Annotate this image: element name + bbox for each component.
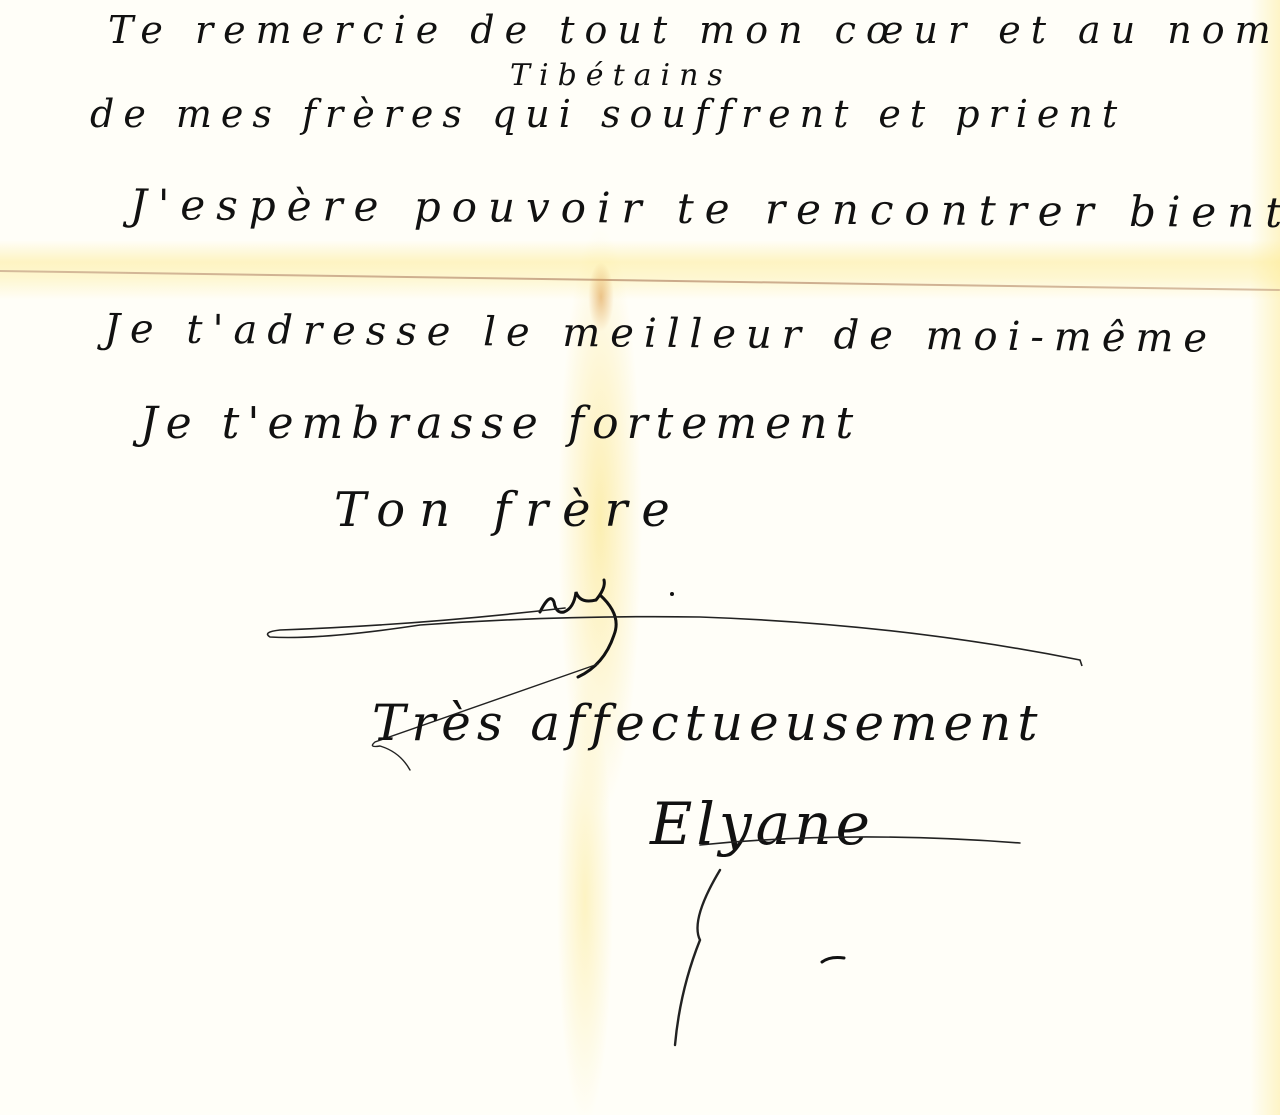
signature-2-flourish [0, 0, 1280, 1115]
